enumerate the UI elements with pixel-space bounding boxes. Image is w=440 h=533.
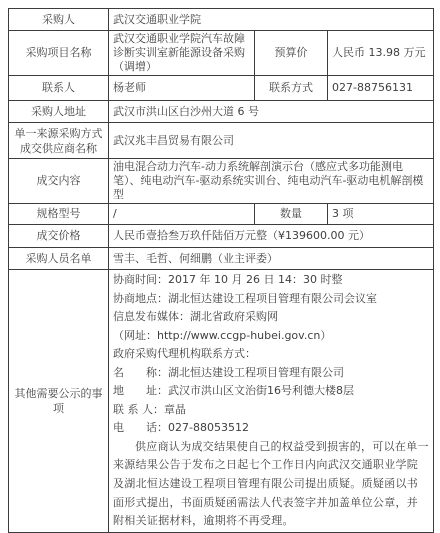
table-row: 规格型号 / 数量 3 项 — [9, 204, 434, 225]
project-name-label: 采购项目名称 — [9, 31, 109, 76]
other-matters-label: 其他需要公示的事 项 — [9, 270, 109, 533]
deal-content-label: 成交内容 — [9, 159, 109, 204]
agency-contact-heading-line: 政府采购代理机构联系方式： — [113, 345, 429, 364]
spec-model-label: 规格型号 — [9, 204, 109, 225]
supplier-value: 武汉兆丰昌贸易有限公司 — [109, 123, 434, 159]
contact-method-value: 027-88756131 — [328, 76, 434, 101]
agency-phone-line: 电 话：027-88053512 — [113, 419, 429, 438]
table-row: 采购人 武汉交通职业学院 — [9, 9, 434, 31]
deal-price-value: 人民币壹拾叁万玖仟陆佰万元整（¥139600.00 元） — [109, 225, 434, 248]
quantity-value: 3 项 — [328, 204, 434, 225]
project-name-value: 武汉交通职业学院汽车故障诊断实训室新能源设备采购（调增） — [109, 31, 255, 76]
budget-label: 预算价 — [255, 31, 328, 76]
agency-address-line: 地 址：武汉市洪山区文治街16号利德大楼8层 — [113, 382, 429, 401]
negotiation-time-line: 协商时间：2017 年 10 月 26 日 14：30 时整 — [113, 271, 429, 290]
purchaser-value: 武汉交通职业学院 — [109, 9, 434, 31]
budget-value: 人民币 13.98 万元 — [328, 31, 434, 76]
table-row: 采购项目名称 武汉交通职业学院汽车故障诊断实训室新能源设备采购（调增） 预算价 … — [9, 31, 434, 76]
contact-person-label: 联系人 — [9, 76, 109, 101]
purchaser-label: 采购人 — [9, 9, 109, 31]
agency-name-line: 名 称：湖北恒达建设工程项目管理有限公司 — [113, 364, 429, 383]
table-row: 其他需要公示的事 项 协商时间：2017 年 10 月 26 日 14：30 时… — [9, 270, 434, 533]
deal-content-value: 油电混合动力汽车-动力系统解剖演示台（感应式多功能测电笔）、纯电动汽车-驱动系统… — [109, 159, 434, 204]
media-line: 信息发布媒体：湖北省政府采购网 — [113, 308, 429, 327]
other-matters-content: 协商时间：2017 年 10 月 26 日 14：30 时整 协商地点：湖北恒达… — [109, 270, 434, 533]
agency-contact-person-line: 联 系 人：章晶 — [113, 401, 429, 420]
procurement-notice-document: 采购人 武汉交通职业学院 采购项目名称 武汉交通职业学院汽车故障诊断实训室新能源… — [8, 8, 433, 533]
supplier-label-line1: 单一来源采购方式 — [13, 126, 104, 141]
contact-person-value: 杨老师 — [109, 76, 255, 101]
contact-method-label: 联系方式 — [255, 76, 328, 101]
table-row: 成交内容 油电混合动力汽车-动力系统解剖演示台（感应式多功能测电笔）、纯电动汽车… — [9, 159, 434, 204]
other-matters-label-line1: 其他需要公示的事 — [13, 386, 104, 401]
table-row: 成交价格 人民币壹拾叁万玖仟陆佰万元整（¥139600.00 元） — [9, 225, 434, 248]
table-row: 采购人地址 武汉市洪山区白沙州大道 6 号 — [9, 101, 434, 123]
website-line: （网址：http://www.ccgp-hubei.gov.cn） — [113, 327, 429, 346]
supplier-label: 单一来源采购方式 成交供应商名称 — [9, 123, 109, 159]
table-row: 单一来源采购方式 成交供应商名称 武汉兆丰昌贸易有限公司 — [9, 123, 434, 159]
supplier-label-line2: 成交供应商名称 — [13, 141, 104, 156]
other-matters-label-line2: 项 — [13, 401, 104, 416]
staff-list-value: 雪丰、毛哲、何细鹏（业主评委） — [109, 248, 434, 270]
deal-price-label: 成交价格 — [9, 225, 109, 248]
dispute-notice-paragraph: 供应商认为成交结果使自己的权益受到损害的，可以在单一来源结果公告于发布之日起七个… — [113, 438, 429, 532]
table-row: 联系人 杨老师 联系方式 027-88756131 — [9, 76, 434, 101]
negotiation-place-line: 协商地点：湖北恒达建设工程项目管理有限公司会议室 — [113, 290, 429, 309]
table-row: 采购人员名单 雪丰、毛哲、何细鹏（业主评委） — [9, 248, 434, 270]
purchaser-address-label: 采购人地址 — [9, 101, 109, 123]
purchaser-address-value: 武汉市洪山区白沙州大道 6 号 — [109, 101, 434, 123]
staff-list-label: 采购人员名单 — [9, 248, 109, 270]
spec-model-value: / — [109, 204, 255, 225]
quantity-label: 数量 — [255, 204, 328, 225]
procurement-table: 采购人 武汉交通职业学院 采购项目名称 武汉交通职业学院汽车故障诊断实训室新能源… — [8, 8, 434, 533]
